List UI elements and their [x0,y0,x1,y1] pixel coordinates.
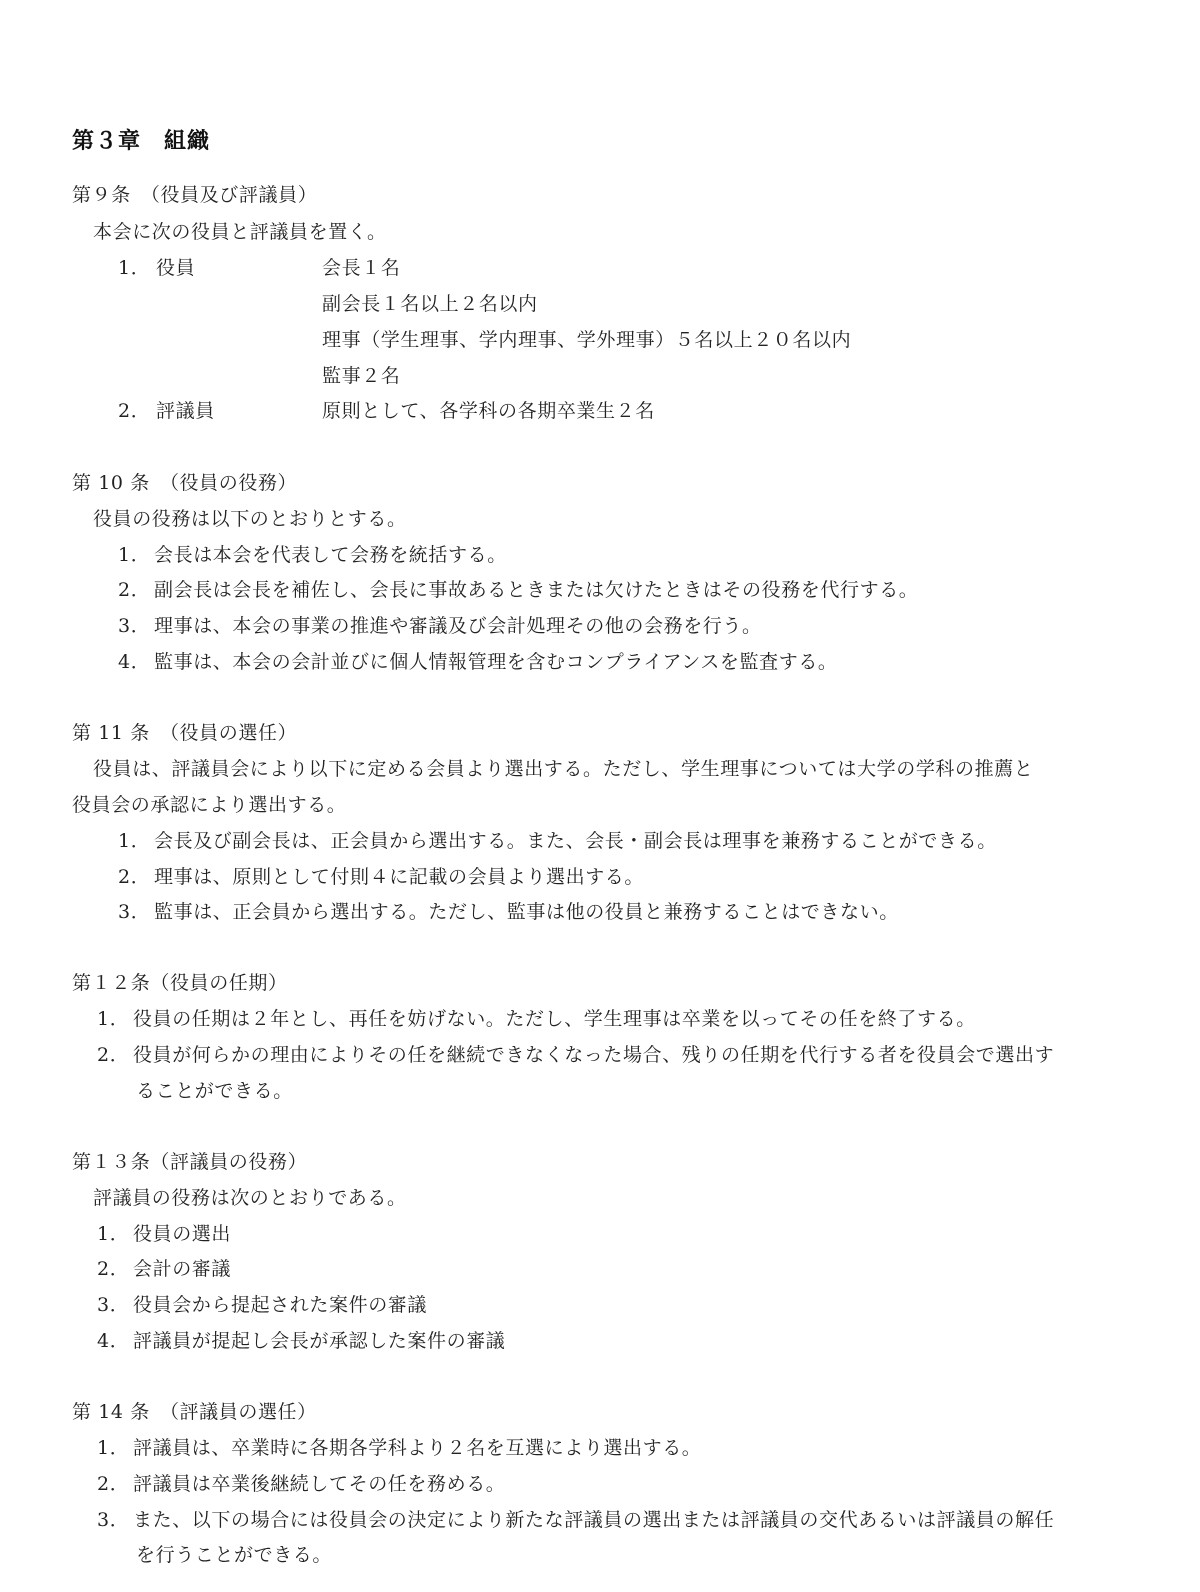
list-item-continued: を行うことができる。 [136,1543,332,1567]
list-item-number: 2． [118,399,150,423]
list-item: 1．役員の任期は２年とし、再任を妨げない。ただし、学生理事は卒業を以ってその任を… [97,1007,976,1031]
list-item: 1．会長及び副会長は、正会員から選出する。また、会長・副会長は理事を兼務すること… [118,829,997,853]
list-item-text: 副会長は会長を補佐し、会長に事故あるときまたは欠けたときはその役務を代行する。 [154,579,918,601]
list-item-number: 1． [97,1436,133,1460]
list-item: 3．また、以下の場合には役員会の決定により新たな評議員の選出または評議員の交代あ… [97,1508,1054,1532]
list-item-number: 2． [97,1043,133,1067]
list-item-text: 会長は本会を代表して会務を統括する。 [154,544,507,566]
list-item-number: 2． [118,865,154,889]
list-item-number: 1． [118,543,154,567]
list-item-text: 役員が何らかの理由によりその任を継続できなくなった場合、残りの任期を代行する者を… [133,1044,1054,1066]
role-value: 副会長１名以上２名以内 [322,292,538,316]
list-item-text: 理事は、原則として付則４に記載の会員より選出する。 [154,866,644,888]
article-intro: 役員の役務は以下のとおりとする。 [93,507,407,531]
list-item: 2．理事は、原則として付則４に記載の会員より選出する。 [118,865,644,889]
list-item-continued: ることができる。 [136,1079,293,1103]
list-item-text: 理事は、本会の事業の推進や審議及び会計処理その他の会務を行う。 [154,615,762,637]
list-item: 1．評議員は、卒業時に各期各学科より２名を互選により選出する。 [97,1436,701,1460]
article-intro: 本会に次の役員と評議員を置く。 [93,220,387,244]
list-item: 2．役員が何らかの理由によりその任を継続できなくなった場合、残りの任期を代行する… [97,1043,1054,1067]
list-item-number: 3． [97,1508,133,1532]
article-heading: 第９条 （役員及び評議員） [72,183,317,207]
article-intro-continued: 役員会の承認により選出する。 [72,793,346,817]
list-item-number: 3． [97,1293,133,1317]
list-item: 2．評議員は卒業後継続してその任を務める。 [97,1472,505,1496]
article-heading: 第 14 条 （評議員の選任） [72,1400,317,1424]
role-label: 役員 [156,256,195,280]
list-item-text: 役員の選出 [133,1223,231,1245]
chapter-title: 第３章 組織 [72,130,210,154]
role-value: 会長１名 [322,256,400,280]
list-item-text: 役員会から提起された案件の審議 [133,1294,427,1316]
list-item-text: 会計の審議 [133,1258,231,1280]
article-heading: 第 10 条 （役員の役務） [72,471,297,495]
list-item: 1．役員の選出 [97,1222,231,1246]
list-item-number: 2． [97,1257,133,1281]
article-intro: 評議員の役務は次のとおりである。 [93,1186,407,1210]
list-item-number: 1． [97,1222,133,1246]
role-value: 理事（学生理事、学内理事、学外理事）５名以上２０名以内 [322,328,851,352]
list-item-number: 1． [97,1007,133,1031]
list-item-number: 4． [97,1329,133,1353]
list-item-number: 4． [118,650,154,674]
list-item: 3．役員会から提起された案件の審議 [97,1293,427,1317]
list-item-number: 1． [118,256,150,280]
article-heading: 第１３条（評議員の役務） [72,1150,307,1174]
list-item-text: 役員の任期は２年とし、再任を妨げない。ただし、学生理事は卒業を以ってその任を終了… [133,1008,976,1030]
article-heading: 第１２条（役員の任期） [72,971,288,995]
list-item-number: 2． [118,578,154,602]
list-item-text: 評議員が提起し会長が承認した案件の審議 [133,1330,505,1352]
list-item-number: 2． [97,1472,133,1496]
list-item-number: 1． [118,829,154,853]
article-intro: 役員は、評議員会により以下に定める会員より選出する。ただし、学生理事については大… [93,757,1033,781]
list-item-text: また、以下の場合には役員会の決定により新たな評議員の選出または評議員の交代あるい… [133,1509,1054,1531]
list-item: 3．理事は、本会の事業の推進や審議及び会計処理その他の会務を行う。 [118,614,762,638]
list-item: 4．監事は、本会の会計並びに個人情報管理を含むコンプライアンスを監査する。 [118,650,838,674]
role-value: 監事２名 [322,364,400,388]
list-item-text: 会長及び副会長は、正会員から選出する。また、会長・副会長は理事を兼務することがで… [154,830,997,852]
list-item-text: 監事は、本会の会計並びに個人情報管理を含むコンプライアンスを監査する。 [154,651,838,673]
article-heading: 第 11 条 （役員の選任） [72,721,297,745]
role-label: 評議員 [156,399,215,423]
list-item-text: 評議員は、卒業時に各期各学科より２名を互選により選出する。 [133,1437,701,1459]
list-item-text: 監事は、正会員から選出する。ただし、監事は他の役員と兼務することはできない。 [154,901,899,923]
list-item: 2．副会長は会長を補佐し、会長に事故あるときまたは欠けたときはその役務を代行する… [118,578,918,602]
list-item-text: 評議員は卒業後継続してその任を務める。 [133,1473,505,1495]
list-item: 2．会計の審議 [97,1257,231,1281]
list-item: 3．監事は、正会員から選出する。ただし、監事は他の役員と兼務することはできない。 [118,900,899,924]
list-item-number: 3． [118,614,154,638]
list-item-number: 3． [118,900,154,924]
list-item: 1．会長は本会を代表して会務を統括する。 [118,543,507,567]
list-item: 4．評議員が提起し会長が承認した案件の審議 [97,1329,505,1353]
role-value: 原則として、各学科の各期卒業生２名 [322,399,655,423]
